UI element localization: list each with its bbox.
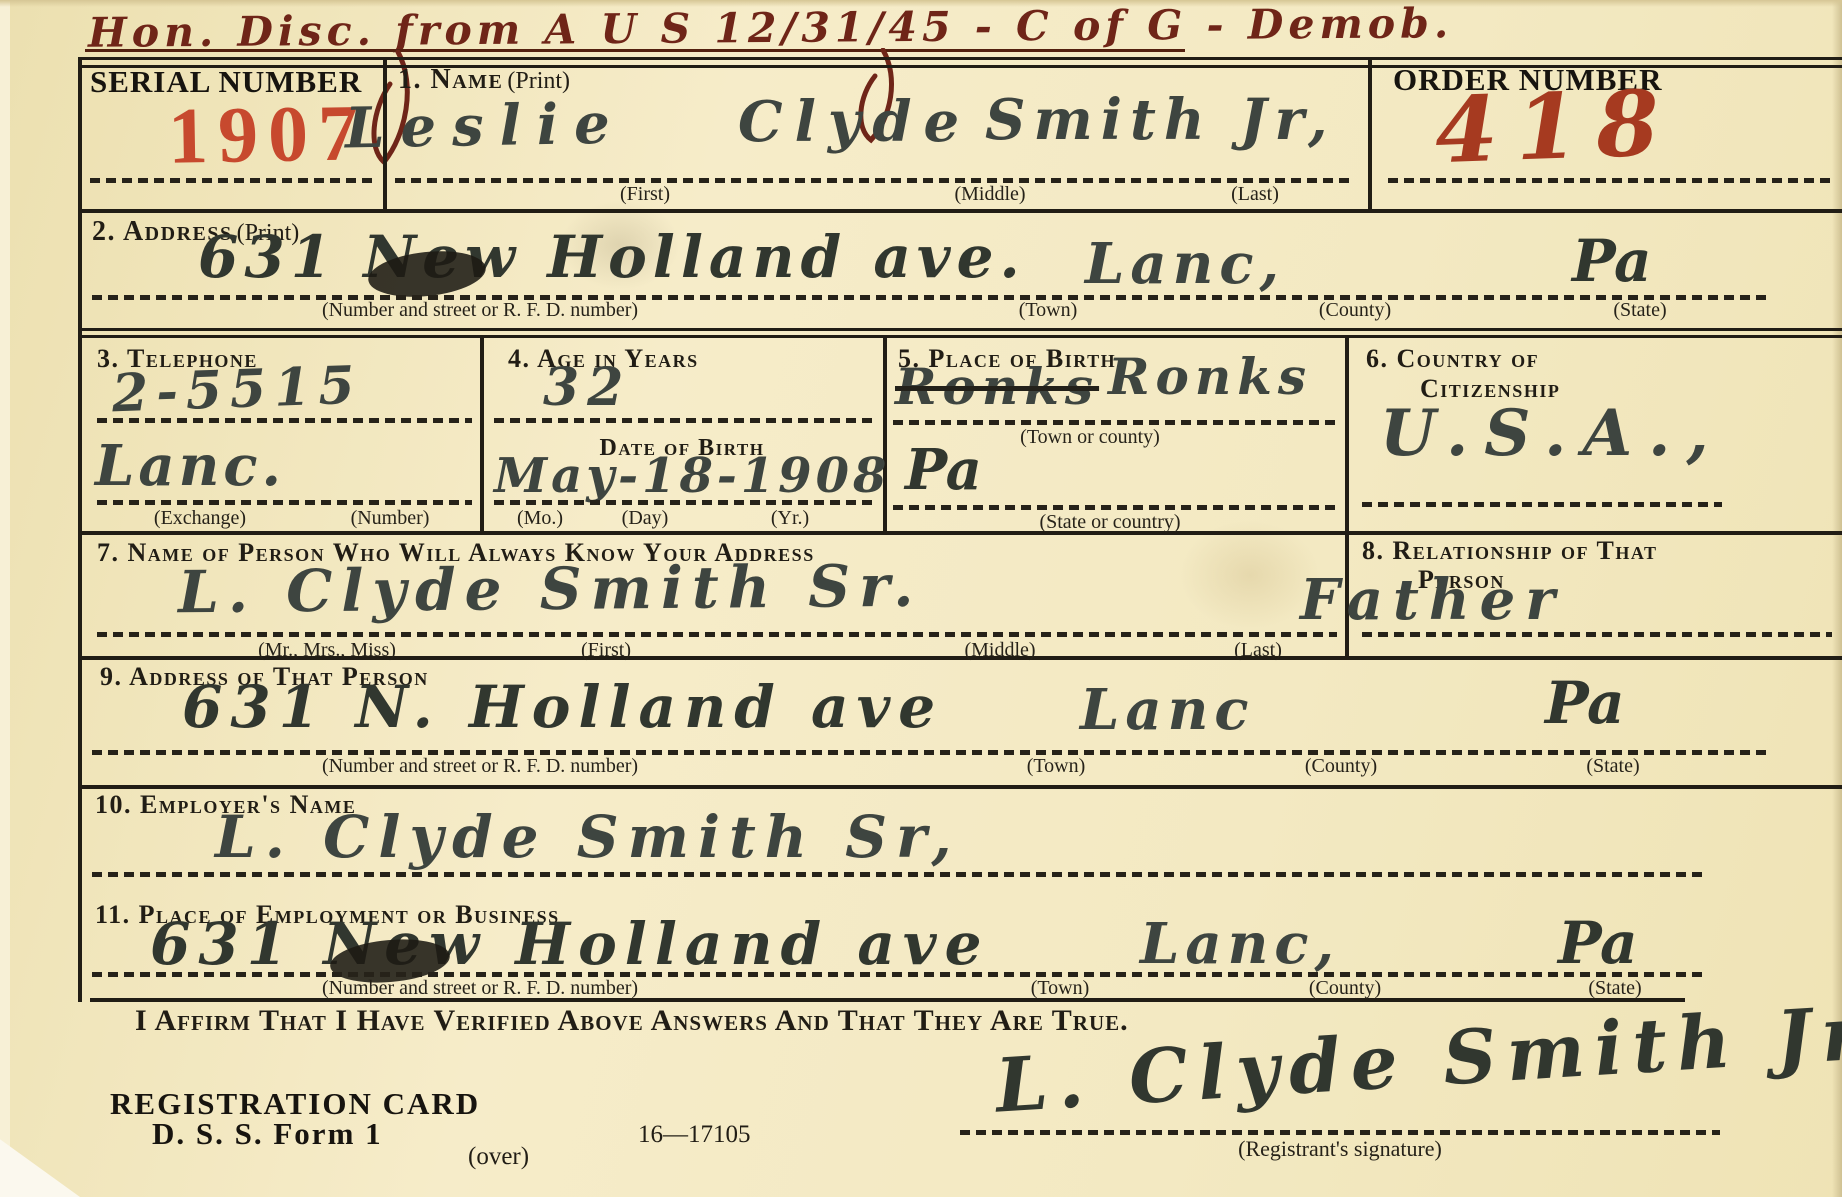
address-sub-state: (State): [1613, 300, 1666, 320]
contact-address-state-value: Pa: [1545, 674, 1625, 732]
name-label-text: 1. Name: [398, 64, 503, 95]
contact-sub-title: (Mr., Mrs., Miss): [258, 640, 396, 660]
contact-sub-first: (First): [581, 640, 631, 660]
contact-address-sub-county: (County): [1305, 756, 1377, 776]
form-number: D. S. S. Form 1: [152, 1118, 383, 1149]
employer-name-line: [92, 872, 1702, 877]
address-sub-county: (County): [1319, 300, 1391, 320]
serial-number-value: 1907: [167, 93, 368, 176]
name-line: [395, 178, 1355, 183]
employment-sub-state: (State): [1588, 978, 1641, 998]
date-of-birth-line: [494, 500, 874, 505]
birth-sub-town-county: (Town or county): [1020, 427, 1160, 447]
signature-line: [960, 1130, 1720, 1135]
telephone-line-2: [97, 500, 472, 505]
paper-edge-left: [0, 0, 10, 1197]
age-value: 32: [543, 362, 631, 414]
name-sub-middle: (Middle): [954, 184, 1025, 204]
rule-under-row2: [78, 335, 1842, 338]
contact-sub-middle: (Middle): [964, 640, 1035, 660]
telephone-line-1: [97, 418, 472, 423]
name-sub-last: (Last): [1231, 184, 1279, 204]
dob-sub-month: (Mo.): [517, 508, 563, 528]
address-sub-town: (Town): [1019, 300, 1078, 320]
divider-name-order: [1368, 57, 1372, 209]
divider-tel-age: [480, 335, 484, 531]
contact-name-line: [97, 632, 1337, 637]
name-last-value: Smith Jr,: [985, 92, 1335, 148]
employment-sub-county: (County): [1309, 978, 1381, 998]
dob-sub-day: (Day): [622, 508, 669, 528]
address-sub-street: (Number and street or R. F. D. number): [322, 300, 638, 320]
contact-address-street-value: 631 N. Holland ave: [182, 678, 943, 736]
name-first-value: Leslie: [345, 96, 627, 157]
print-code: 16—17105: [638, 1122, 751, 1147]
relationship-label-line1: 8. Relationship of That: [1362, 538, 1658, 564]
employment-sub-street: (Number and street or R. F. D. number): [322, 978, 638, 998]
dob-sub-year: (Yr.): [771, 508, 809, 528]
contact-name-value: L. Clyde Smith Sr.: [178, 557, 923, 621]
relationship-line: [1362, 632, 1832, 637]
card-left-border: [78, 57, 82, 1002]
address-state-value: Pa: [1572, 232, 1652, 290]
signature-sub-label: (Registrant's signature): [1238, 1138, 1442, 1160]
discharge-annotation: Hon. Disc. from A U S 12/31/45 - C of G …: [88, 3, 1453, 54]
name-middle-value: Clyde: [738, 94, 971, 150]
rule-under-row3: [78, 531, 1842, 535]
employer-name-value: L. Clyde Smith Sr,: [215, 808, 961, 866]
rule-under-row9: [78, 785, 1842, 789]
contact-address-sub-town: (Town): [1027, 756, 1086, 776]
paper-stain: [1180, 520, 1320, 630]
name-sub-first: (First): [620, 184, 670, 204]
telephone-number-value: 2-5515: [111, 360, 363, 421]
address-street-value: 631 New Holland ave.: [198, 228, 1026, 286]
contact-sub-last: (Last): [1234, 640, 1282, 660]
name-label: 1. Name (Print): [398, 66, 570, 94]
rule-under-row1: [78, 209, 1842, 213]
contact-address-town-value: Lanc: [1080, 682, 1254, 738]
order-number-value: 418: [1434, 78, 1679, 176]
relationship-value: Father: [1300, 572, 1565, 628]
serial-line: [90, 178, 375, 183]
over-note: (over): [468, 1144, 529, 1169]
birth-sub-state-country: (State or country): [1039, 512, 1180, 532]
contact-address-sub-state: (State): [1586, 756, 1639, 776]
name-print-note: (Print): [507, 68, 570, 94]
contact-address-sub-street: (Number and street or R. F. D. number): [322, 756, 638, 776]
rule-under-row2: [78, 328, 1842, 331]
address-town-value: Lanc,: [1085, 236, 1285, 292]
place-of-birth-struck: Ronks: [895, 362, 1099, 412]
card-top-border: [78, 57, 1842, 60]
card-title: REGISTRATION CARD: [110, 1088, 480, 1119]
citizenship-value: U.S.A.,: [1380, 402, 1725, 466]
annotation-underline: [85, 49, 1185, 52]
place-of-birth-town-line: [893, 420, 1338, 425]
place-of-birth-state-line: [893, 505, 1338, 510]
age-line: [494, 418, 874, 423]
citizenship-line: [1362, 502, 1722, 507]
telephone-exchange-value: Lanc.: [95, 438, 285, 494]
employment-sub-town: (Town): [1031, 978, 1090, 998]
employment-state-value: Pa: [1558, 914, 1638, 972]
telephone-sub-number: (Number): [351, 508, 430, 528]
employment-town-value: Lanc,: [1140, 916, 1340, 972]
paper-corner-tear: [0, 1120, 80, 1197]
order-line: [1388, 178, 1833, 183]
date-of-birth-value: May-18-1908: [494, 452, 890, 500]
employment-street-value: 631 New Holland ave: [150, 915, 990, 973]
telephone-sub-exchange: (Exchange): [154, 508, 246, 528]
affirmation-text: I Affirm That I Have Verified Above Answ…: [135, 1006, 1129, 1036]
registration-card-scan: Hon. Disc. from A U S 12/31/45 - C of G …: [0, 0, 1842, 1197]
place-of-birth-town-value: Ronks: [1108, 352, 1312, 402]
place-of-birth-state-value: Pa: [905, 442, 982, 498]
citizenship-label-line1: 6. Country of: [1366, 346, 1539, 372]
